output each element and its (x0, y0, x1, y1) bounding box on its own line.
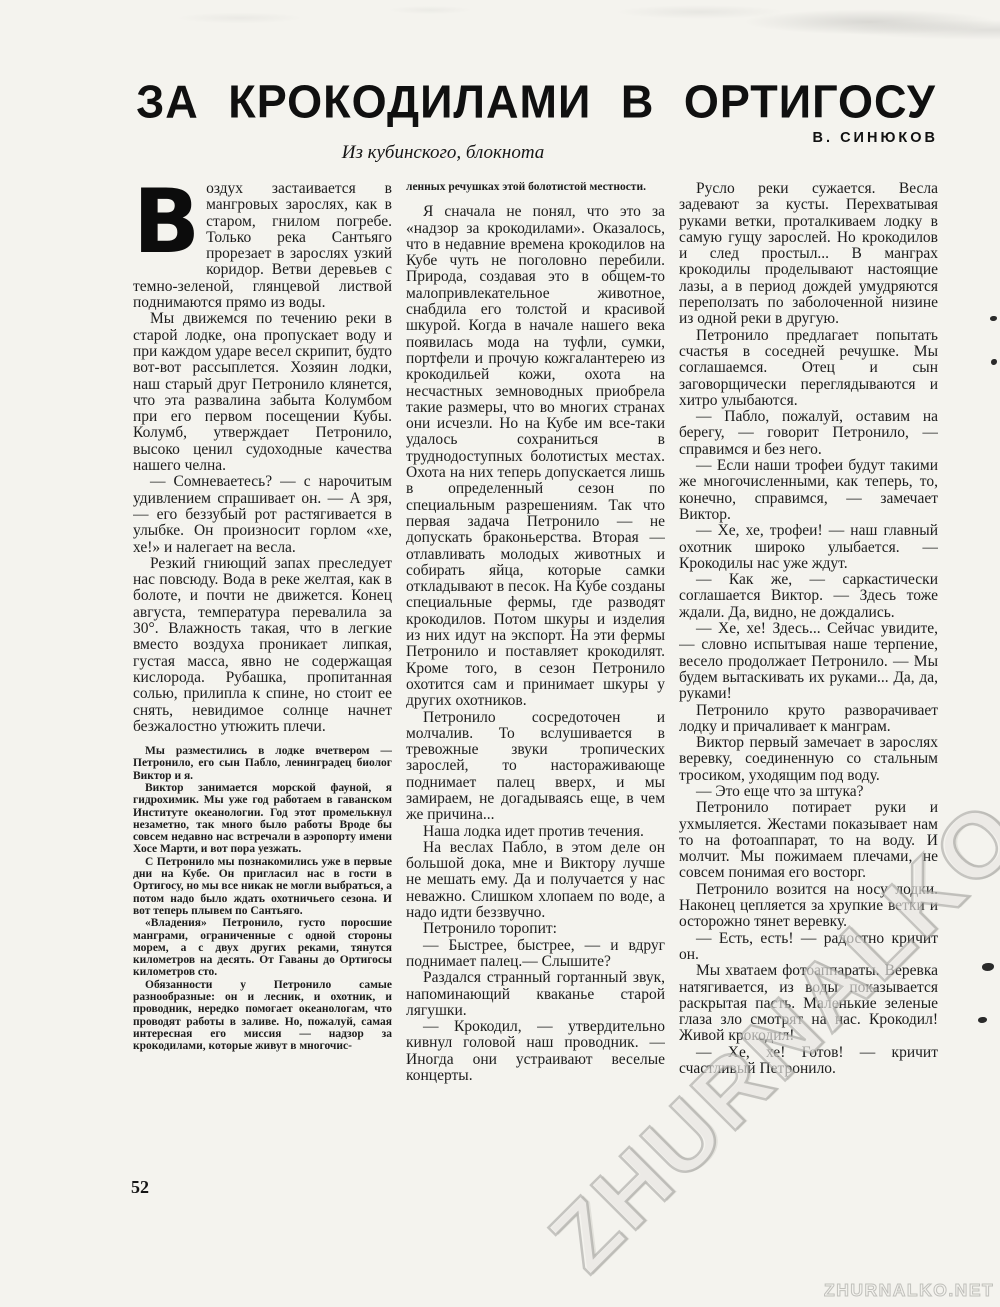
page-title: ЗА КРОКОДИЛАМИ В ОРТИГОСУ (133, 75, 939, 129)
paragraph: — Крокодил, — утвердительно кивнул голов… (406, 1019, 665, 1084)
paragraph: На веслах Пабло, в этом деле он большой … (406, 840, 665, 921)
paragraph: Виктор первый замечает в зарослях веревк… (679, 735, 938, 784)
paragraph: — Хе, хе, трофеи! — наш главный охотник … (679, 523, 938, 572)
small-paragraph-continuation: ленных речушках этой болотистой местност… (406, 181, 665, 193)
paragraph: Петронило сосредоточен и молчалив. То вс… (406, 710, 665, 824)
paragraph: — Хе, хе! Готов! — кричит счастливый Пет… (679, 1045, 938, 1078)
small-paragraph: «Владения» Петронило, густо поросшие ман… (133, 917, 392, 978)
article-body: Воздух застаивается в мангровых зарослях… (133, 181, 939, 1181)
paragraph: Резкий гниющий запах преследует нас повс… (133, 556, 392, 735)
paragraph: Я сначала не понял, что это за «надзор з… (406, 204, 665, 709)
scan-noise-band (0, 0, 1000, 46)
ink-speck (982, 963, 994, 971)
paragraph: — Если наши трофеи будут такими же много… (679, 458, 938, 523)
paragraph: Мы движемся по течению реки в старой лод… (133, 311, 392, 474)
paragraph: — Как же, — саркастически соглашается Ви… (679, 572, 938, 621)
paragraph: Раздался странный гортанный звук, напоми… (406, 970, 665, 1019)
lead-paragraph: Воздух застаивается в мангровых зарослях… (133, 181, 392, 311)
small-paragraph: Виктор занимается морской фауной, я гидр… (133, 782, 392, 856)
paragraph: Петронило возится на носу лодки. Наконец… (679, 882, 938, 931)
ink-speck (991, 359, 997, 365)
paragraph: Петронило потирает руки и ухмыляется. Же… (679, 800, 938, 881)
paragraph: Русло реки сужается. Весла задевают за к… (679, 181, 938, 328)
masthead: ЗА КРОКОДИЛАМИ В ОРТИГОСУ (133, 76, 939, 128)
paragraph: — Пабло, пожалуй, оставим на берегу, — г… (679, 409, 938, 458)
article-subtitle: Из кубинского, блокнота (133, 142, 753, 164)
small-text-block: Мы разместились в лодке вчетвером — Петр… (133, 745, 392, 1052)
author-name: В. СИНЮКОВ (813, 130, 938, 146)
paragraph: Наша лодка идет против течения. (406, 824, 665, 840)
paragraph: Петронило торопит: (406, 921, 665, 937)
paragraph: — Быстрее, быстрее, — и вдруг поднимает … (406, 938, 665, 971)
paragraph: Мы хватаем фотоаппараты. Веревка натягив… (679, 963, 938, 1044)
column-2: ленных речушках этой болотистой местност… (406, 181, 665, 1181)
paragraph: — Есть, есть! — радостно кричит он. (679, 931, 938, 964)
watermark-corner: ZHURNALKO.NET (824, 1280, 994, 1301)
paragraph: — Хе, хе! Здесь... Сейчас увидите, — сло… (679, 621, 938, 702)
ink-speck (978, 1017, 987, 1023)
column-1: Воздух застаивается в мангровых зарослях… (133, 181, 392, 1181)
column-3: Русло реки сужается. Весла задевают за к… (679, 181, 938, 1181)
paragraph: Петронило предлагает попытать счастья в … (679, 328, 938, 409)
small-paragraph: С Петронило мы познакомились уже в первы… (133, 856, 392, 917)
small-paragraph: Мы разместились в лодке вчетвером — Петр… (133, 745, 392, 782)
paragraph: — Это еще что за штука? (679, 784, 938, 800)
ink-speck (990, 316, 997, 321)
magazine-page: ЗА КРОКОДИЛАМИ В ОРТИГОСУ В. СИНЮКОВ Из … (0, 0, 1000, 1307)
drop-cap: В (133, 181, 206, 278)
paragraph: Петронило круто разворачивает лодку и пр… (679, 703, 938, 736)
page-number: 52 (131, 1177, 149, 1198)
small-paragraph: Обязанности у Петронило самые разнообраз… (133, 979, 392, 1053)
paragraph: — Сомневаетесь? — с нарочитым удивлением… (133, 474, 392, 555)
